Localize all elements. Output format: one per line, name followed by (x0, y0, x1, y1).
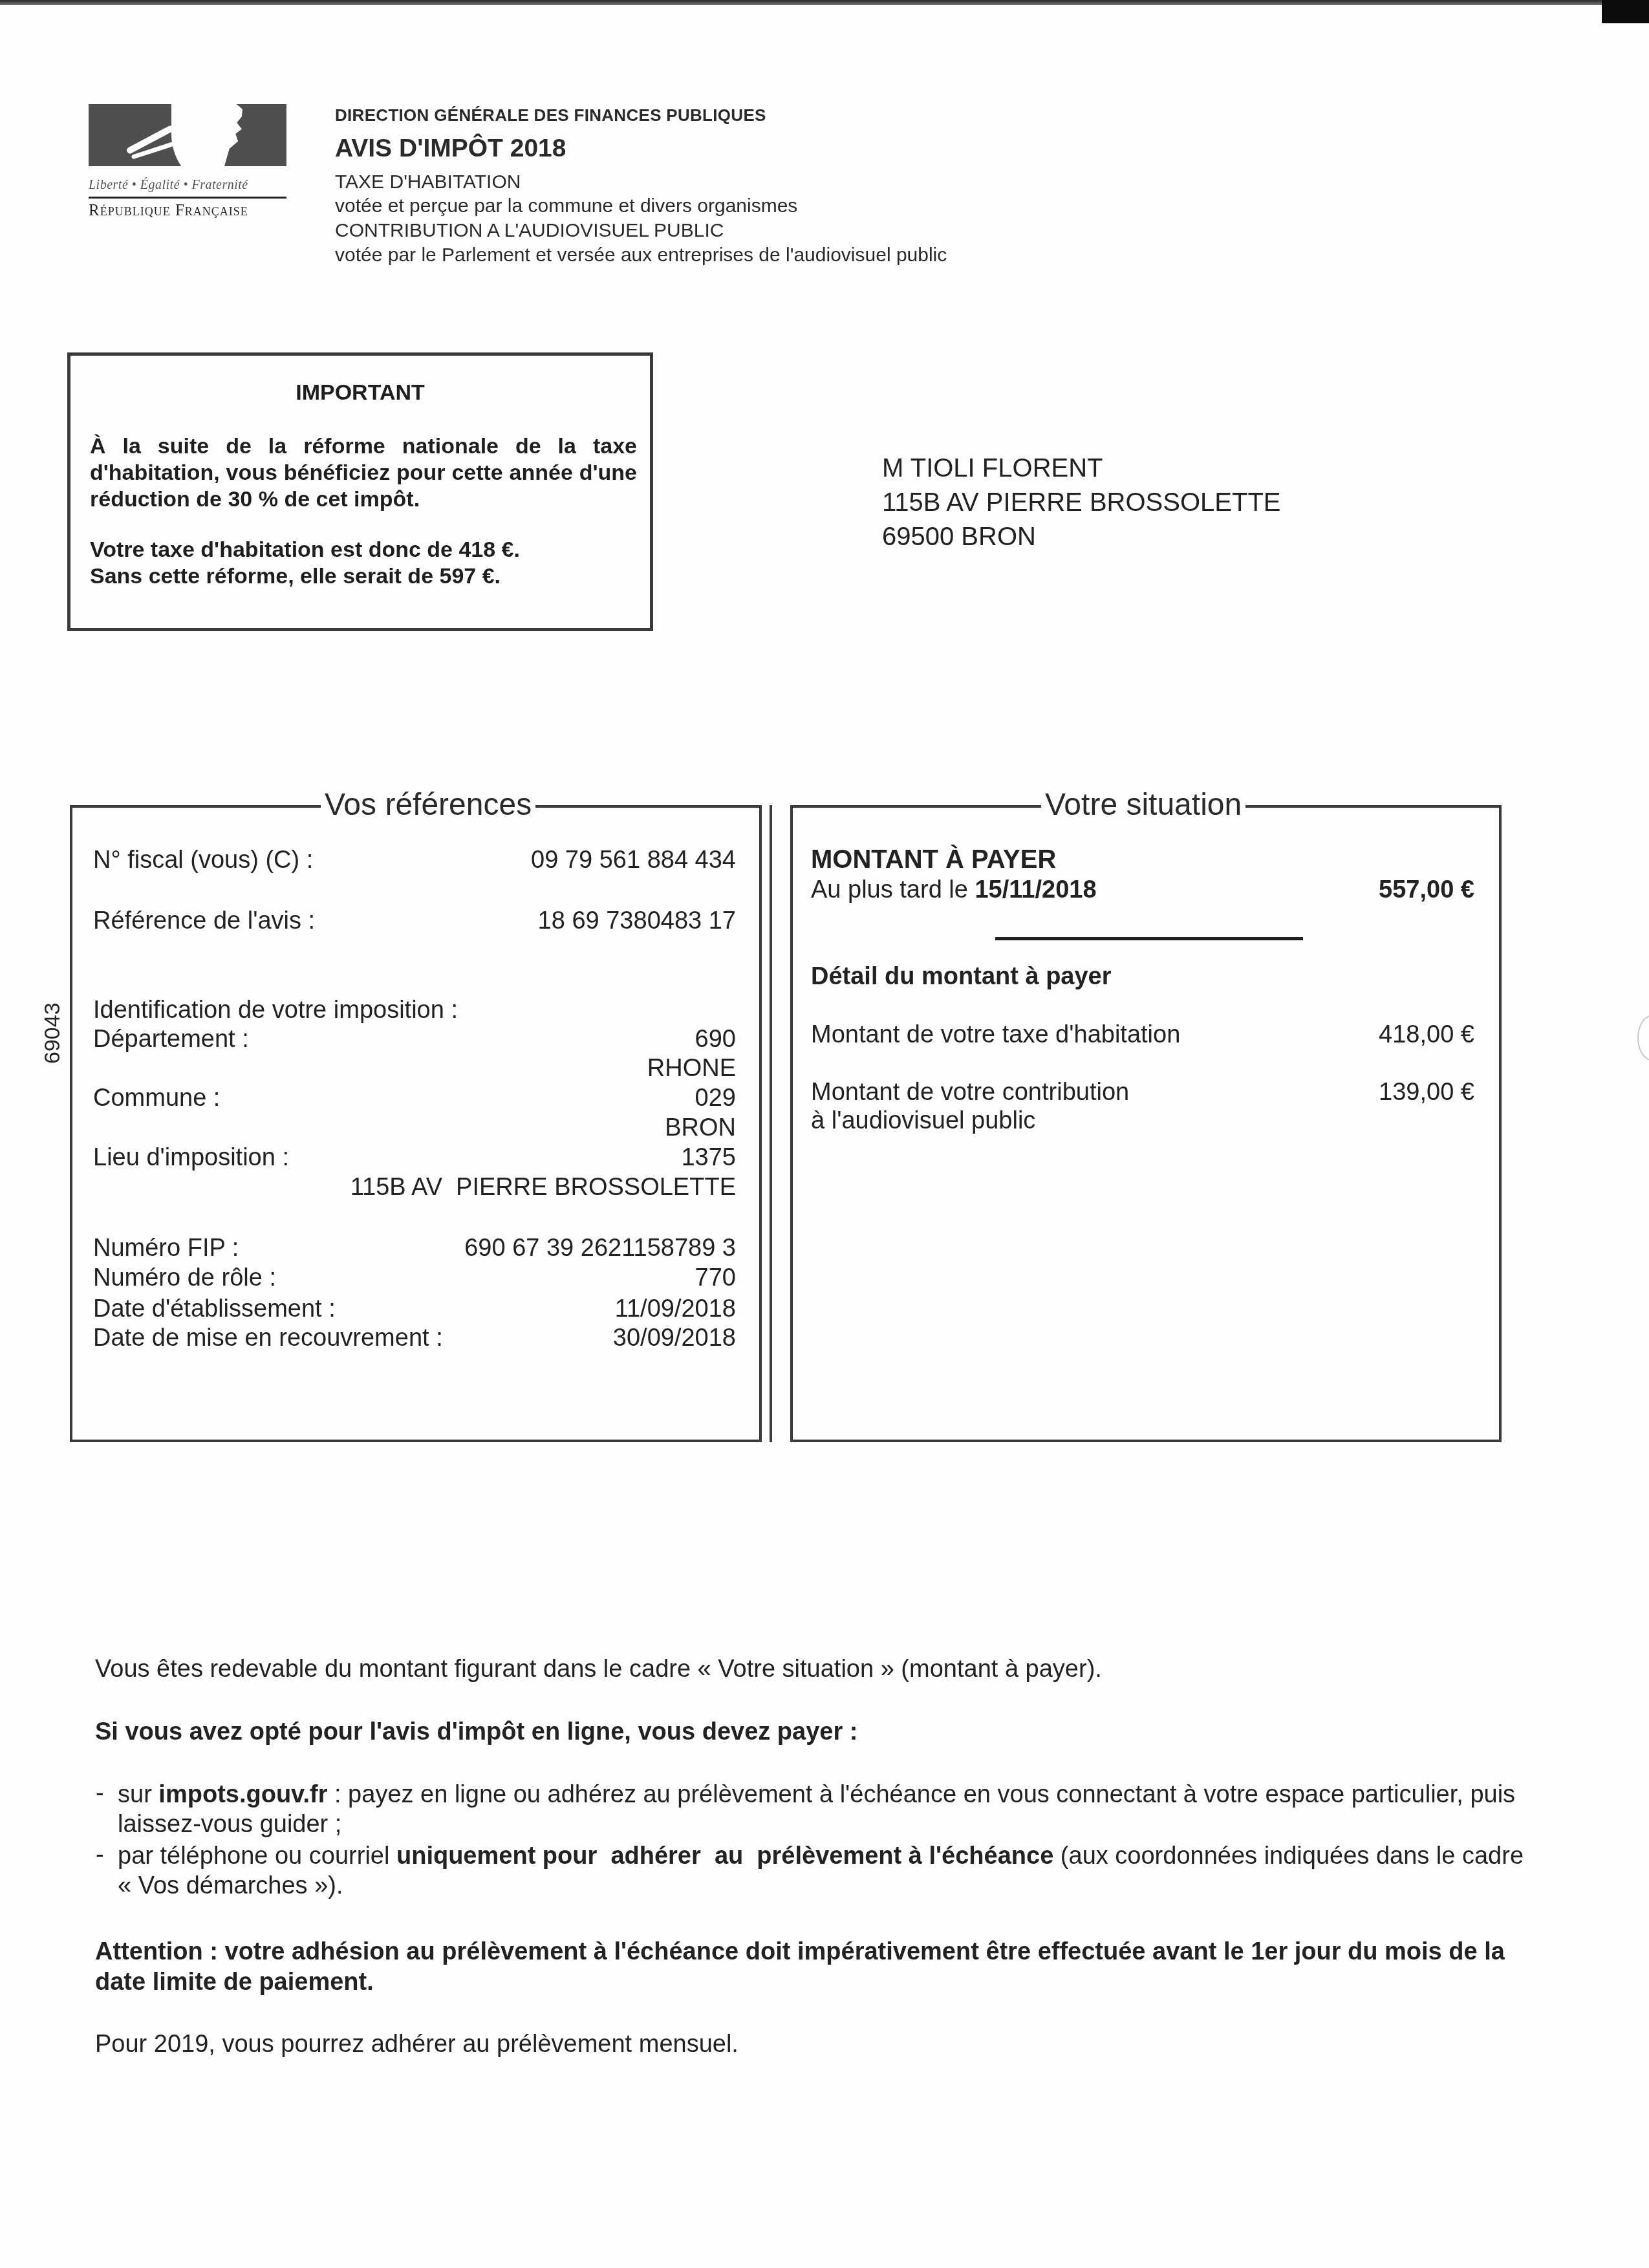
recipient-name: M TIOLI FLORENT (882, 451, 1281, 486)
detail-contribution-label: Montant de votre contribution (811, 1079, 1129, 1107)
page-title: AVIS D'IMPÔT 2018 (335, 135, 566, 163)
deadline-date: 15/11/2018 (975, 876, 1096, 903)
online-heading: Si vous avez opté pour l'avis d'impôt en… (95, 1718, 857, 1746)
logo-motto: Liberté • Égalité • Fraternité (89, 178, 286, 193)
etablissement-label: Date d'établissement : (93, 1295, 336, 1323)
references-title: Vos références (321, 787, 535, 823)
recipient-street: 115B AV PIERRE BROSSOLETTE (882, 486, 1281, 520)
important-without-reform: Sans cette réforme, elle serait de 597 €… (90, 563, 637, 590)
situation-panel: Votre situation MONTANT À PAYER Au plus … (790, 805, 1502, 1442)
detail-heading: Détail du montant à payer (811, 963, 1112, 991)
amount-separator (995, 937, 1303, 940)
avis-ref-label: Référence de l'avis : (93, 907, 315, 935)
lieu-label: Lieu d'imposition : (93, 1144, 289, 1172)
fip-value: 690 67 39 2621158789 3 (464, 1235, 736, 1262)
header-contribution-desc: votée par le Parlement et versée aux ent… (335, 244, 947, 266)
recouvrement-value: 30/09/2018 (613, 1324, 736, 1352)
recouvrement-label: Date de mise en recouvrement : (93, 1324, 443, 1352)
avis-ref-value: 18 69 7380483 17 (538, 907, 736, 935)
bullet-phone-bold: uniquement pour adhérer au prélèvement à… (396, 1842, 1053, 1870)
redevable-text: Vous êtes redevable du montant figurant … (95, 1656, 1102, 1683)
scan-edge (0, 0, 1649, 5)
impots-link[interactable]: impots.gouv.fr (158, 1781, 327, 1808)
scan-corner-mark (1602, 0, 1649, 23)
bullet-online-prefix: sur (118, 1781, 158, 1808)
panel-divider (770, 805, 772, 1442)
commune-label: Commune : (93, 1085, 220, 1112)
detail-tax-label: Montant de votre taxe d'habitation (811, 1021, 1180, 1049)
situation-title: Votre situation (1041, 787, 1245, 823)
side-code: 69043 (40, 1002, 65, 1064)
header-tax-name: TAXE D'HABITATION (335, 171, 521, 193)
header-tax-desc: votée et perçue par la commune et divers… (335, 195, 797, 217)
lieu-address: 115B AV PIERRE BROSSOLETTE (350, 1174, 736, 1202)
identification-label: Identification de votre imposition : (93, 997, 458, 1024)
fiscal-number-value: 09 79 561 884 434 (531, 847, 736, 874)
departement-code: 690 (695, 1026, 736, 1053)
header-direction: DIRECTION GÉNÉRALE DES FINANCES PUBLIQUE… (335, 105, 766, 125)
etablissement-value: 11/09/2018 (615, 1295, 736, 1323)
punch-hole-mark (1637, 1015, 1649, 1061)
recipient-city: 69500 BRON (882, 520, 1281, 554)
detail-tax-amount: 418,00 € (1379, 1021, 1474, 1049)
important-tax-amount: Votre taxe d'habitation est donc de 418 … (90, 537, 637, 563)
total-amount: 557,00 € (1379, 876, 1474, 904)
deadline-prefix: Au plus tard le (811, 876, 975, 903)
bullet-dash: - (96, 1780, 104, 1808)
lieu-code: 1375 (681, 1144, 736, 1172)
fip-label: Numéro FIP : (93, 1235, 239, 1262)
departement-label: Département : (93, 1026, 249, 1053)
bullet-phone-text: par téléphone ou courriel uniquement pou… (118, 1841, 1527, 1901)
role-value: 770 (695, 1264, 736, 1292)
important-title: IMPORTANT (70, 380, 650, 405)
attention-text: Attention : votre adhésion au prélèvemen… (95, 1937, 1544, 1998)
header-contribution-name: CONTRIBUTION A L'AUDIOVISUEL PUBLIC (335, 220, 724, 242)
bullet-online-text: sur impots.gouv.fr : payez en ligne ou a… (118, 1780, 1527, 1839)
deadline-line: Au plus tard le 15/11/2018 (811, 876, 1097, 904)
marianne-logo-icon (89, 104, 286, 166)
bullet-phone-prefix: par téléphone ou courriel (118, 1842, 396, 1870)
logo-divider (89, 197, 286, 199)
bullet-dash: - (96, 1841, 104, 1869)
commune-name: BRON (665, 1114, 736, 1142)
important-notice-box: IMPORTANT À la suite de la réforme natio… (67, 352, 653, 631)
important-reform-text: À la suite de la réforme nationale de la… (90, 433, 637, 513)
role-label: Numéro de rôle : (93, 1264, 276, 1292)
detail-contribution-amount: 139,00 € (1379, 1079, 1474, 1107)
references-panel: Vos références N° fiscal (vous) (C) : 09… (70, 805, 762, 1442)
mensuel-text: Pour 2019, vous pourrez adhérer au prélè… (95, 2031, 738, 2058)
detail-contribution-label2: à l'audiovisuel public (811, 1107, 1035, 1135)
fiscal-number-label: N° fiscal (vous) (C) : (93, 847, 313, 874)
departement-name: RHONE (647, 1055, 736, 1083)
bullet-online-rest: : payez en ligne ou adhérez au prélèveme… (118, 1781, 1515, 1838)
important-amounts: Votre taxe d'habitation est donc de 418 … (90, 537, 637, 590)
commune-code: 029 (695, 1085, 736, 1112)
amount-heading: MONTANT À PAYER (811, 845, 1056, 874)
logo-republique: République Française (89, 202, 286, 220)
recipient-address: M TIOLI FLORENT 115B AV PIERRE BROSSOLET… (882, 451, 1281, 554)
